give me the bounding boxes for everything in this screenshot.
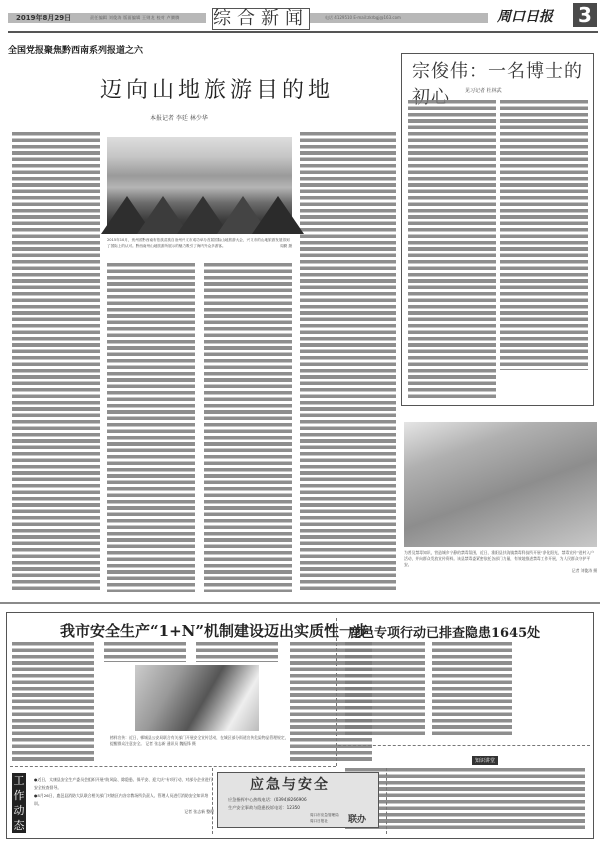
profile-byline: 见习记者 杜林武 (465, 87, 502, 94)
photo-caption-2: 为普及禁毒知识，营造城乡宁静的禁毒氛围，近日，淮阳县扶沟镇禁毒科技所开展“净化阳… (404, 550, 597, 574)
photo-credit-2: 记者 刘俊涛 摄 (404, 568, 597, 574)
strip-divider-2 (386, 768, 387, 834)
profile-column-2 (500, 100, 588, 370)
section-divider (0, 602, 600, 604)
safety-column-3 (196, 642, 278, 662)
luyi-column-2 (432, 642, 512, 738)
strip-divider-1 (212, 768, 213, 834)
knowledge-lecture-tag: 知识讲堂 (472, 756, 498, 765)
main-article-column-3 (204, 263, 292, 592)
ad-title: 应急与安全 (250, 774, 330, 794)
paper-logo: 周口日报 (497, 6, 553, 26)
anti-drug-campaign-photo (404, 422, 597, 547)
main-byline: 本报记者 李廷 林少华 (150, 113, 208, 122)
main-headline: 迈向山地旅游目的地 (100, 73, 334, 104)
luyi-column-1 (345, 642, 425, 738)
mountain-landscape-photo (107, 137, 292, 234)
ad-sponsor-tag: 联办 (348, 812, 366, 825)
series-label: 全国党报聚焦黔西南系列报道之六 (8, 43, 143, 56)
profile-column-1 (408, 100, 496, 400)
photo-credit-3: 记者 张志新 通讯员 魏振锋 摄 (145, 741, 195, 746)
main-article-column-4 (300, 132, 396, 592)
page-number: 3 (573, 3, 597, 27)
work-dynamics-tag: 工作动态 (12, 773, 26, 833)
safety-column-1 (12, 642, 94, 762)
ad-hotline: 应急指挥中心热线电话：(0394)8266906 (228, 797, 307, 803)
masthead-rule (8, 31, 598, 33)
work-dynamics-list: ●近日，太康县安全生产委员会组织开展“防风险、除隐患、保平安、迎大庆”专项行动，… (34, 776, 214, 816)
contact-info: 电话 4129510 E-mail:zkrbgj@163.com (325, 13, 401, 23)
bottom-divider-left (10, 766, 336, 767)
editor-credits: 责任编辑 刘俊涛 版面编辑 王则龙 校对 卢腾腾 (90, 13, 180, 23)
bottom-divider-right (338, 745, 590, 746)
issue-date: 2019年8月29日 (16, 13, 71, 23)
section-title: 综合新闻 (212, 8, 310, 30)
photo-credit: 周勤 摄 (280, 243, 292, 249)
safety-column-2 (104, 642, 186, 662)
ad-complaint-line: 生产安全事故与隐患投诉电话：12350 (228, 805, 300, 811)
photo-caption-3: 榜样宣传：近日，郸城县公安局联合有关部门开展安全宣传活动，在城区部分街道宣传危险… (110, 735, 290, 747)
work-item: ●近日，太康县安全生产委员会组织开展“防风险、除隐患、保平安、迎大庆”专项行动，… (34, 776, 214, 792)
main-article-column-2 (107, 263, 195, 592)
photo-caption: 2015年10月，贵州省黔西南布依族苗族自治州兴义市成功举办首届国际山地旅游大会… (107, 237, 292, 249)
work-item: ●8月26日，鹿邑县消防大队联合相关部门对辖区内各宗教场所负责人、管理人员进行消… (34, 792, 214, 808)
ad-sponsor-2: 周口日报社 (310, 819, 328, 824)
luyi-headline: 鹿邑专项行动已排查隐患1645处 (348, 622, 540, 641)
safety-inspection-photo (135, 665, 259, 731)
work-credit: 记者 张志新 整理 (34, 808, 214, 816)
main-article-column-1 (12, 132, 100, 592)
knowledge-text (345, 768, 585, 832)
safety-headline: 我市安全生产“1+N”机制建设迈出实质性一步 (60, 620, 369, 641)
ad-sponsor-1: 周口市应急管理局 (310, 813, 339, 818)
